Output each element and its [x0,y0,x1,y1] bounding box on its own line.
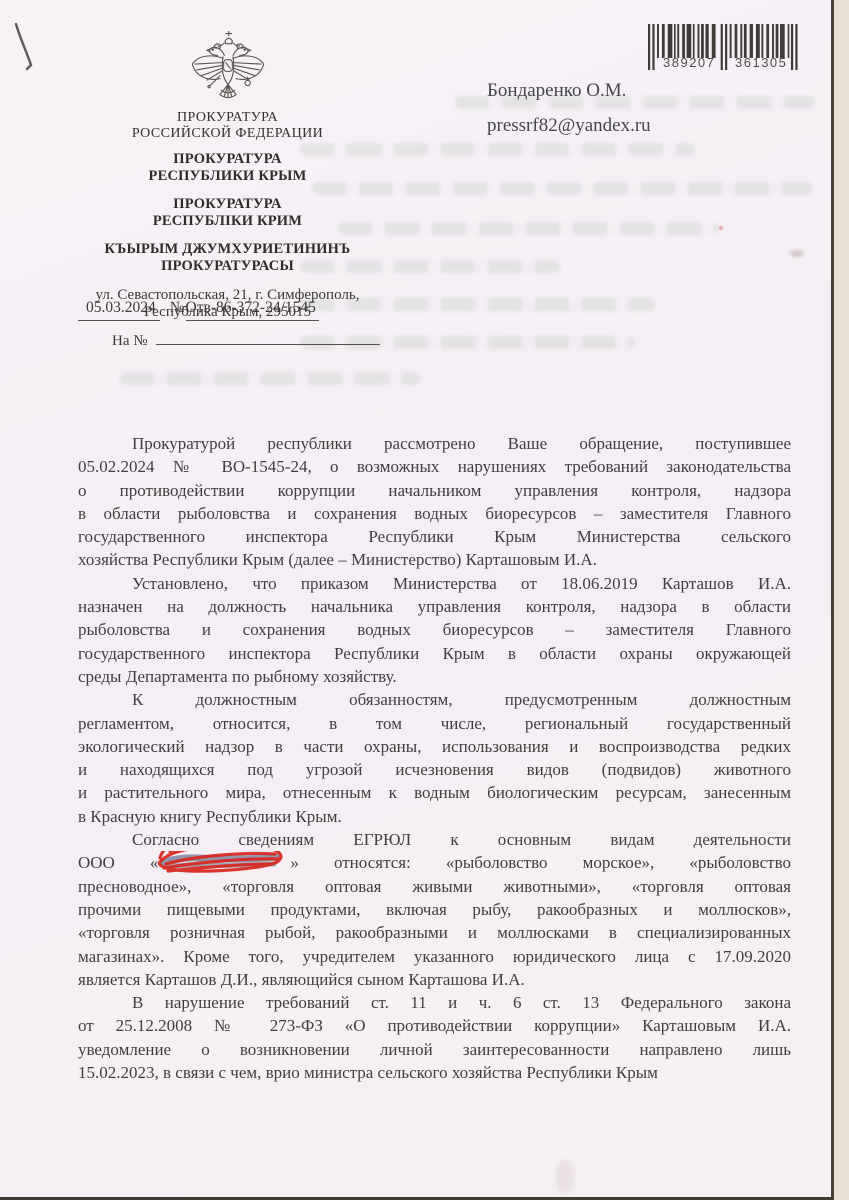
paper-speck [719,226,723,230]
paragraph: К должностным обязанностям, предусмотрен… [78,688,791,828]
body-line: регламентом, относится, в том числе, рег… [78,712,791,735]
body-line: среды Департамента по рыбному хозяйству. [78,665,791,688]
paper-smudge [790,250,804,257]
barcode-digits-left: 389207 [663,55,715,70]
org-republic-ru-line2: РЕСПУБЛИКИ КРЫМ [40,168,415,185]
scanned-document: ПРОКУРАТУРА РОССИЙСКОЙ ФЕДЕРАЦИИ ПРОКУРА… [0,0,849,1200]
recipient-block: Бондаренко О.М. pressrf82@yandex.ru [487,80,651,137]
body-line: В нарушение требований ст. 11 и ч. 6 ст.… [78,991,791,1014]
body-line: в области рыболовства и сохранения водны… [78,502,791,525]
org-republic-uk-line2: РЕСПУБЛІКИ КРИМ [40,213,415,230]
paragraph: В нарушение требований ст. 11 и ч. 6 ст.… [78,991,791,1084]
org-republic-crh-line2: ПРОКУРАТУРАСЫ [40,258,415,275]
body-line: в Красную книгу Республики Крым. [78,805,791,828]
body-line: хозяйства Республики Крым (далее – Минис… [78,548,791,571]
reply-reference-line: На № [78,331,380,350]
letterhead: ПРОКУРАТУРА РОССИЙСКОЙ ФЕДЕРАЦИИ ПРОКУРА… [40,30,415,321]
document-page: ПРОКУРАТУРА РОССИЙСКОЙ ФЕДЕРАЦИИ ПРОКУРА… [0,0,834,1200]
pen-mark [8,22,40,76]
body-line: и растительного мира, отнесенным к водны… [78,781,791,804]
body-line: ООО « » относятся: «рыболовство морское»… [78,851,791,874]
registration-barcode: 389207 361305 [648,24,800,74]
body-line: Согласно сведениям ЕГРЮЛ к основным вида… [78,828,791,851]
coat-of-arms-russia-icon [188,30,268,104]
body-line: о противодействии коррупции начальником … [78,479,791,502]
outgoing-reference-line: 05.03.2024№Отв-86-372-24/1545 [78,299,319,321]
paragraph: Согласно сведениям ЕГРЮЛ к основным вида… [78,828,791,991]
document-date: 05.03.2024 [78,299,160,321]
red-scribble-icon [154,851,294,874]
paragraph: Прокуратурой республики рассмотрено Ваше… [78,432,791,572]
body-line: Прокуратурой республики рассмотрено Ваше… [78,432,791,455]
body-line: государственного инспектора Республики К… [78,642,791,665]
body-line: «торговля розничная рыбой, ракообразными… [78,921,791,944]
org-republic-crh-line1: КЪЫРЫМ ДЖУМХУРИЕТИНИНЪ [40,241,415,258]
body-line: прочими пищевыми продуктами, включая рыб… [78,898,791,921]
body-line: государственного инспектора Республики К… [78,525,791,548]
org-federation-line2: РОССИЙСКОЙ ФЕДЕРАЦИИ [40,126,415,142]
body-line: рыболовства и сохранения водных биоресур… [78,618,791,641]
body-line: является Карташов Д.И., являющийся сыном… [78,968,791,991]
body-line: уведомление о возникновении личной заинт… [78,1038,791,1061]
body-line: от 25.12.2008 № 273-ФЗ «О противодействи… [78,1014,791,1037]
redacted-company-name [158,854,290,870]
body-line: Установлено, что приказом Министерства о… [78,572,791,595]
org-federation-line1: ПРОКУРАТУРА [40,110,415,126]
recipient-name: Бондаренко О.М. [487,80,651,102]
body-line: и находящихся под угрозой исчезновения в… [78,758,791,781]
body-line: назначен на должность начальника управле… [78,595,791,618]
paragraph: Установлено, что приказом Министерства о… [78,572,791,688]
paper-smudge [556,1160,574,1194]
body-line: магазинах». Кроме того, учредителем указ… [78,945,791,968]
recipient-email: pressrf82@yandex.ru [487,115,651,137]
body-line: 05.02.2024 № ВО-1545-24, о возможных нар… [78,455,791,478]
org-republic-ru-line1: ПРОКУРАТУРА [40,151,415,168]
barcode-digits-right: 361305 [735,55,787,70]
org-republic-uk-line1: ПРОКУРАТУРА [40,196,415,213]
document-number: Отв-86-372-24/1545 [186,299,319,321]
body-line: пресноводное», «торговля оптовая живыми … [78,875,791,898]
letter-body: Прокуратурой республики рассмотрено Ваше… [78,432,791,1084]
body-line: 15.02.2023, в связи с чем, врио министра… [78,1061,791,1084]
body-line: экологический надзор в части охраны, исп… [78,735,791,758]
reply-number-blank [156,331,380,345]
number-sign: № [170,299,185,316]
reply-to-label: На № [112,333,148,349]
body-line: К должностным обязанностям, предусмотрен… [78,688,791,711]
